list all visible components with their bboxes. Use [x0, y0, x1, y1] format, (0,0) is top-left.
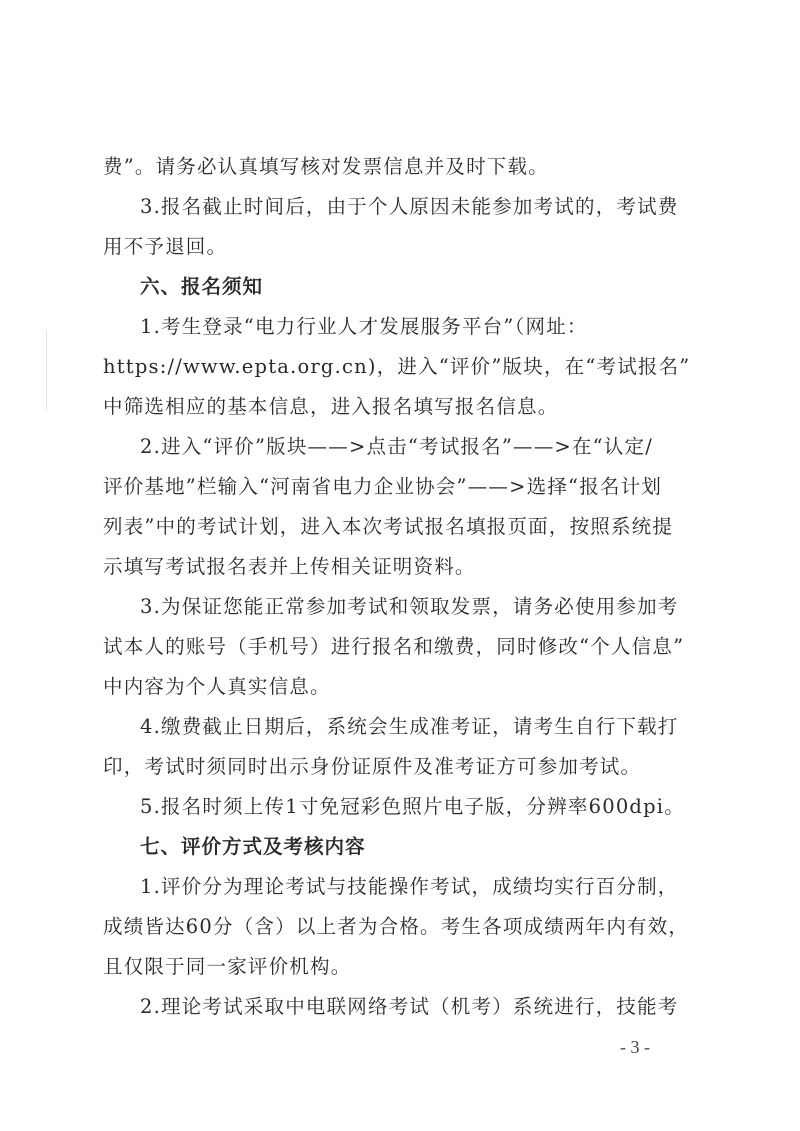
- paragraph-line: 费”。请务必认真填写核对发票信息并及时下载。: [103, 155, 743, 179]
- paragraph-line: 2.进入“评价”版块——>点击“考试报名”——>在“认定/: [140, 435, 740, 459]
- paragraph-line: https://www.epta.org.cn)，进入“评价”版块，在“考试报名…: [103, 355, 743, 379]
- paragraph-line: 3.为保证您能正常参加考试和领取发票，请务必使用参加考: [140, 595, 740, 619]
- section-heading: 六、报名须知: [140, 275, 740, 299]
- paragraph-line: 1.考生登录“电力行业人才发展服务平台”（网址：: [140, 315, 740, 339]
- paragraph-line: 3.报名截止时间后，由于个人原因未能参加考试的，考试费: [140, 195, 740, 219]
- paragraph-line: 印，考试时须同时出示身份证原件及准考证方可参加考试。: [103, 755, 743, 779]
- paragraph-line: 成绩皆达60分（含）以上者为合格。考生各项成绩两年内有效，: [103, 915, 743, 939]
- paragraph-line: 中内容为个人真实信息。: [103, 675, 743, 699]
- paragraph-line: 列表”中的考试计划，进入本次考试报名填报页面，按照系统提: [103, 515, 743, 539]
- section-heading: 七、评价方式及考核内容: [140, 835, 740, 859]
- paragraph-line: 评价基地”栏输入“河南省电力企业协会”——>选择“报名计划: [103, 475, 743, 499]
- paragraph-line: 中筛选相应的基本信息，进入报名填写报名信息。: [103, 395, 743, 419]
- paragraph-line: 1.评价分为理论考试与技能操作考试，成绩均实行百分制，: [140, 875, 740, 899]
- scan-artifact: [46, 330, 47, 410]
- page-number: - 3 -: [620, 1037, 650, 1058]
- paragraph-line: 2.理论考试采取中电联网络考试（机考）系统进行，技能考: [140, 995, 740, 1019]
- paragraph-line: 用不予退回。: [103, 235, 743, 259]
- paragraph-line: 4.缴费截止日期后，系统会生成准考证，请考生自行下载打: [140, 715, 740, 739]
- paragraph-line: 示填写考试报名表并上传相关证明资料。: [103, 555, 743, 579]
- paragraph-line: 5.报名时须上传1寸免冠彩色照片电子版，分辨率600dpi。: [140, 795, 740, 819]
- paragraph-line: 且仅限于同一家评价机构。: [103, 955, 743, 979]
- paragraph-line: 试本人的账号（手机号）进行报名和缴费，同时修改“个人信息”: [103, 635, 743, 659]
